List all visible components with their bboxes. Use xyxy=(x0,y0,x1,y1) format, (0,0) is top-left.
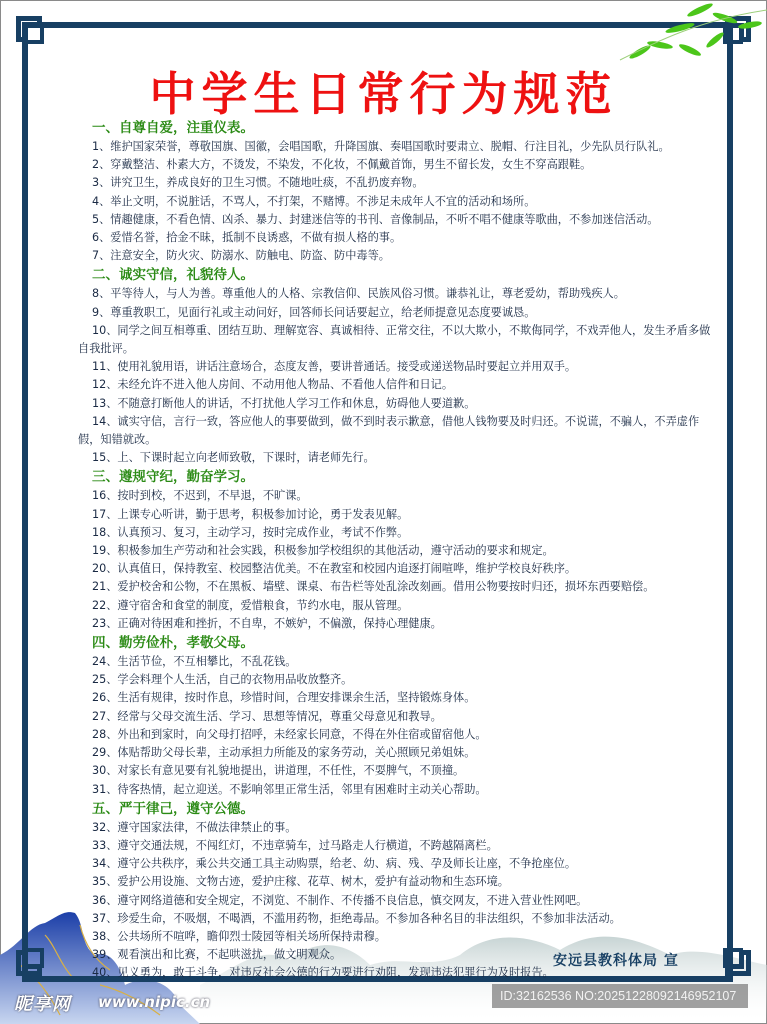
rule-item: 35、爱护公用设施、文物古迹，爱护庄稼、花草、树木，爱护有益动物和生态环境。 xyxy=(92,873,718,891)
rule-item: 28、外出和到家时，向父母打招呼，未经家长同意，不得在外住宿或留宿他人。 xyxy=(92,726,718,744)
rules-content: 一、自尊自爱，注重仪表。 1、维护国家荣誉，尊敬国旗、国徽，会唱国歌，升降国旗、… xyxy=(78,118,718,983)
section-heading: 三、遵规守纪，勤奋学习。 xyxy=(92,467,718,487)
rule-item: 31、待客热情，起立迎送。不影响邻里正常生活，邻里有困难时主动关心帮助。 xyxy=(92,781,718,799)
rule-item: 8、平等待人，与人为善。尊重他人的人格、宗教信仰、民族风俗习惯。谦恭礼让，尊老爱… xyxy=(78,285,718,303)
corner-ornament-bottom-right xyxy=(719,944,753,978)
section-heading: 一、自尊自爱，注重仪表。 xyxy=(92,118,718,138)
section-heading: 五、严于律己，遵守公德。 xyxy=(92,799,718,819)
rule-item: 9、尊重教职工，见面行礼或主动问好，回答师长问话要起立，给老师提意见态度要诚恳。 xyxy=(78,304,718,322)
rule-item: 26、生活有规律，按时作息，珍惜时间，合理安排课余生活，坚持锻炼身体。 xyxy=(92,689,718,707)
rule-item: 18、认真预习、复习，主动学习，按时完成作业，考试不作弊。 xyxy=(92,524,718,542)
rule-item: 27、经常与父母交流生活、学习、思想等情况，尊重父母意见和教导。 xyxy=(92,708,718,726)
section-heading: 四、勤劳俭朴，孝敬父母。 xyxy=(92,633,718,653)
rule-item: 3、讲究卫生，养成良好的卫生习惯。不随地吐痰，不乱扔废弃物。 xyxy=(92,174,718,192)
rule-item: 2、穿戴整洁、朴素大方，不烫发，不染发，不化妆，不佩戴首饰，男生不留长发，女生不… xyxy=(92,156,718,174)
rule-item: 10、同学之间互相尊重、团结互助、理解宽容、真诚相待、正常交往，不以大欺小，不欺… xyxy=(78,322,718,358)
rule-item: 37、珍爱生命，不吸烟，不喝酒，不滥用药物，拒绝毒品。不参加各种名目的非法组织，… xyxy=(92,910,718,928)
section-1: 一、自尊自爱，注重仪表。 1、维护国家荣誉，尊敬国旗、国徽，会唱国歌，升降国旗、… xyxy=(78,118,718,265)
rule-item: 19、积极参加生产劳动和社会实践，积极参加学校组织的其他活动，遵守活动的要求和规… xyxy=(92,542,718,560)
rule-item: 5、情趣健康，不看色情、凶杀、暴力、封建迷信等的书刊、音像制品，不听不唱不健康等… xyxy=(92,211,718,229)
watermark-url: www.nipic.cn xyxy=(98,993,210,1011)
rule-item: 32、遵守国家法律，不做法律禁止的事。 xyxy=(92,819,718,837)
rule-item: 30、对家长有意见要有礼貌地提出，讲道理，不任性，不耍脾气，不顶撞。 xyxy=(92,762,718,780)
section-heading: 二、诚实守信，礼貌待人。 xyxy=(92,265,718,285)
page-title: 中学生日常行为规范 xyxy=(0,58,767,124)
rule-item: 11、使用礼貌用语，讲话注意场合，态度友善，要讲普通话。接受或递送物品时要起立并… xyxy=(78,358,718,376)
watermark-logo: 昵享网 xyxy=(14,990,71,1016)
rule-item: 15、上、下课时起立向老师致敬，下课时，请老师先行。 xyxy=(78,449,718,467)
rule-item: 1、维护国家荣誉，尊敬国旗、国徽，会唱国歌，升降国旗、奏唱国歌时要肃立、脱帽、行… xyxy=(92,138,718,156)
rule-item: 22、遵守宿舍和食堂的制度，爱惜粮食，节约水电，服从管理。 xyxy=(92,597,718,615)
rule-item: 36、遵守网络道德和安全规定，不浏览、不制作、不传播不良信息，慎交网友，不进入营… xyxy=(92,892,718,910)
section-2: 二、诚实守信，礼貌待人。 8、平等待人，与人为善。尊重他人的人格、宗教信仰、民族… xyxy=(78,265,718,467)
rule-item: 33、遵守交通法规，不闯红灯，不违章骑车，过马路走人行横道，不跨越隔离栏。 xyxy=(92,837,718,855)
rule-item: 4、举止文明，不说脏话，不骂人，不打架，不赌博。不涉足未成年人不宜的活动和场所。 xyxy=(92,193,718,211)
section-4: 四、勤劳俭朴，孝敬父母。 24、生活节俭，不互相攀比，不乱花钱。 25、学会料理… xyxy=(78,633,718,799)
rule-item: 20、认真值日，保持教室、校园整洁优美。不在教室和校园内追逐打闹喧哗，维护学校良… xyxy=(92,560,718,578)
rule-item: 34、遵守公共秩序，乘公共交通工具主动购票，给老、幼、病、残、孕及师长让座，不争… xyxy=(92,855,718,873)
watermark-id-bar: ID:32162536 NO:20251228092146952107 xyxy=(492,984,748,1008)
rule-item: 7、注意安全，防火灾、防溺水、防触电、防盗、防中毒等。 xyxy=(92,247,718,265)
rule-item: 29、体贴帮助父母长辈，主动承担力所能及的家务劳动，关心照顾兄弟姐妹。 xyxy=(92,744,718,762)
rule-item: 16、按时到校，不迟到，不早退，不旷课。 xyxy=(92,487,718,505)
rule-item: 12、未经允许不进入他人房间、不动用他人物品、不看他人信件和日记。 xyxy=(78,376,718,394)
rule-item: 38、公共场所不喧哗，瞻仰烈士陵园等相关场所保持肃穆。 xyxy=(92,928,718,946)
rule-item: 17、上课专心听讲，勤于思考，积极参加讨论，勇于发表见解。 xyxy=(92,506,718,524)
rule-item: 21、爱护校舍和公物，不在黑板、墙壁、课桌、布告栏等处乱涂改刻画。借用公物要按时… xyxy=(92,578,718,596)
corner-ornament-bottom-left xyxy=(14,944,48,978)
issuer-signature: 安远县教科体局 宣 xyxy=(553,950,679,970)
rule-item: 13、不随意打断他人的讲话，不打扰他人学习工作和休息，妨碍他人要道歉。 xyxy=(78,395,718,413)
rule-item: 25、学会料理个人生活，自己的衣物用品收放整齐。 xyxy=(92,671,718,689)
rule-item: 24、生活节俭，不互相攀比，不乱花钱。 xyxy=(92,653,718,671)
corner-ornament-top-left xyxy=(14,14,48,48)
rule-item: 14、诚实守信，言行一致，答应他人的事要做到，做不到时表示歉意，借他人钱物要及时… xyxy=(78,413,718,449)
rule-item: 23、正确对待困难和挫折，不自卑，不嫉妒，不偏激，保持心理健康。 xyxy=(92,615,718,633)
section-3: 三、遵规守纪，勤奋学习。 16、按时到校，不迟到，不早退，不旷课。 17、上课专… xyxy=(78,467,718,633)
rule-item: 6、爱惜名誉，拾金不昧，抵制不良诱惑，不做有损人格的事。 xyxy=(92,229,718,247)
